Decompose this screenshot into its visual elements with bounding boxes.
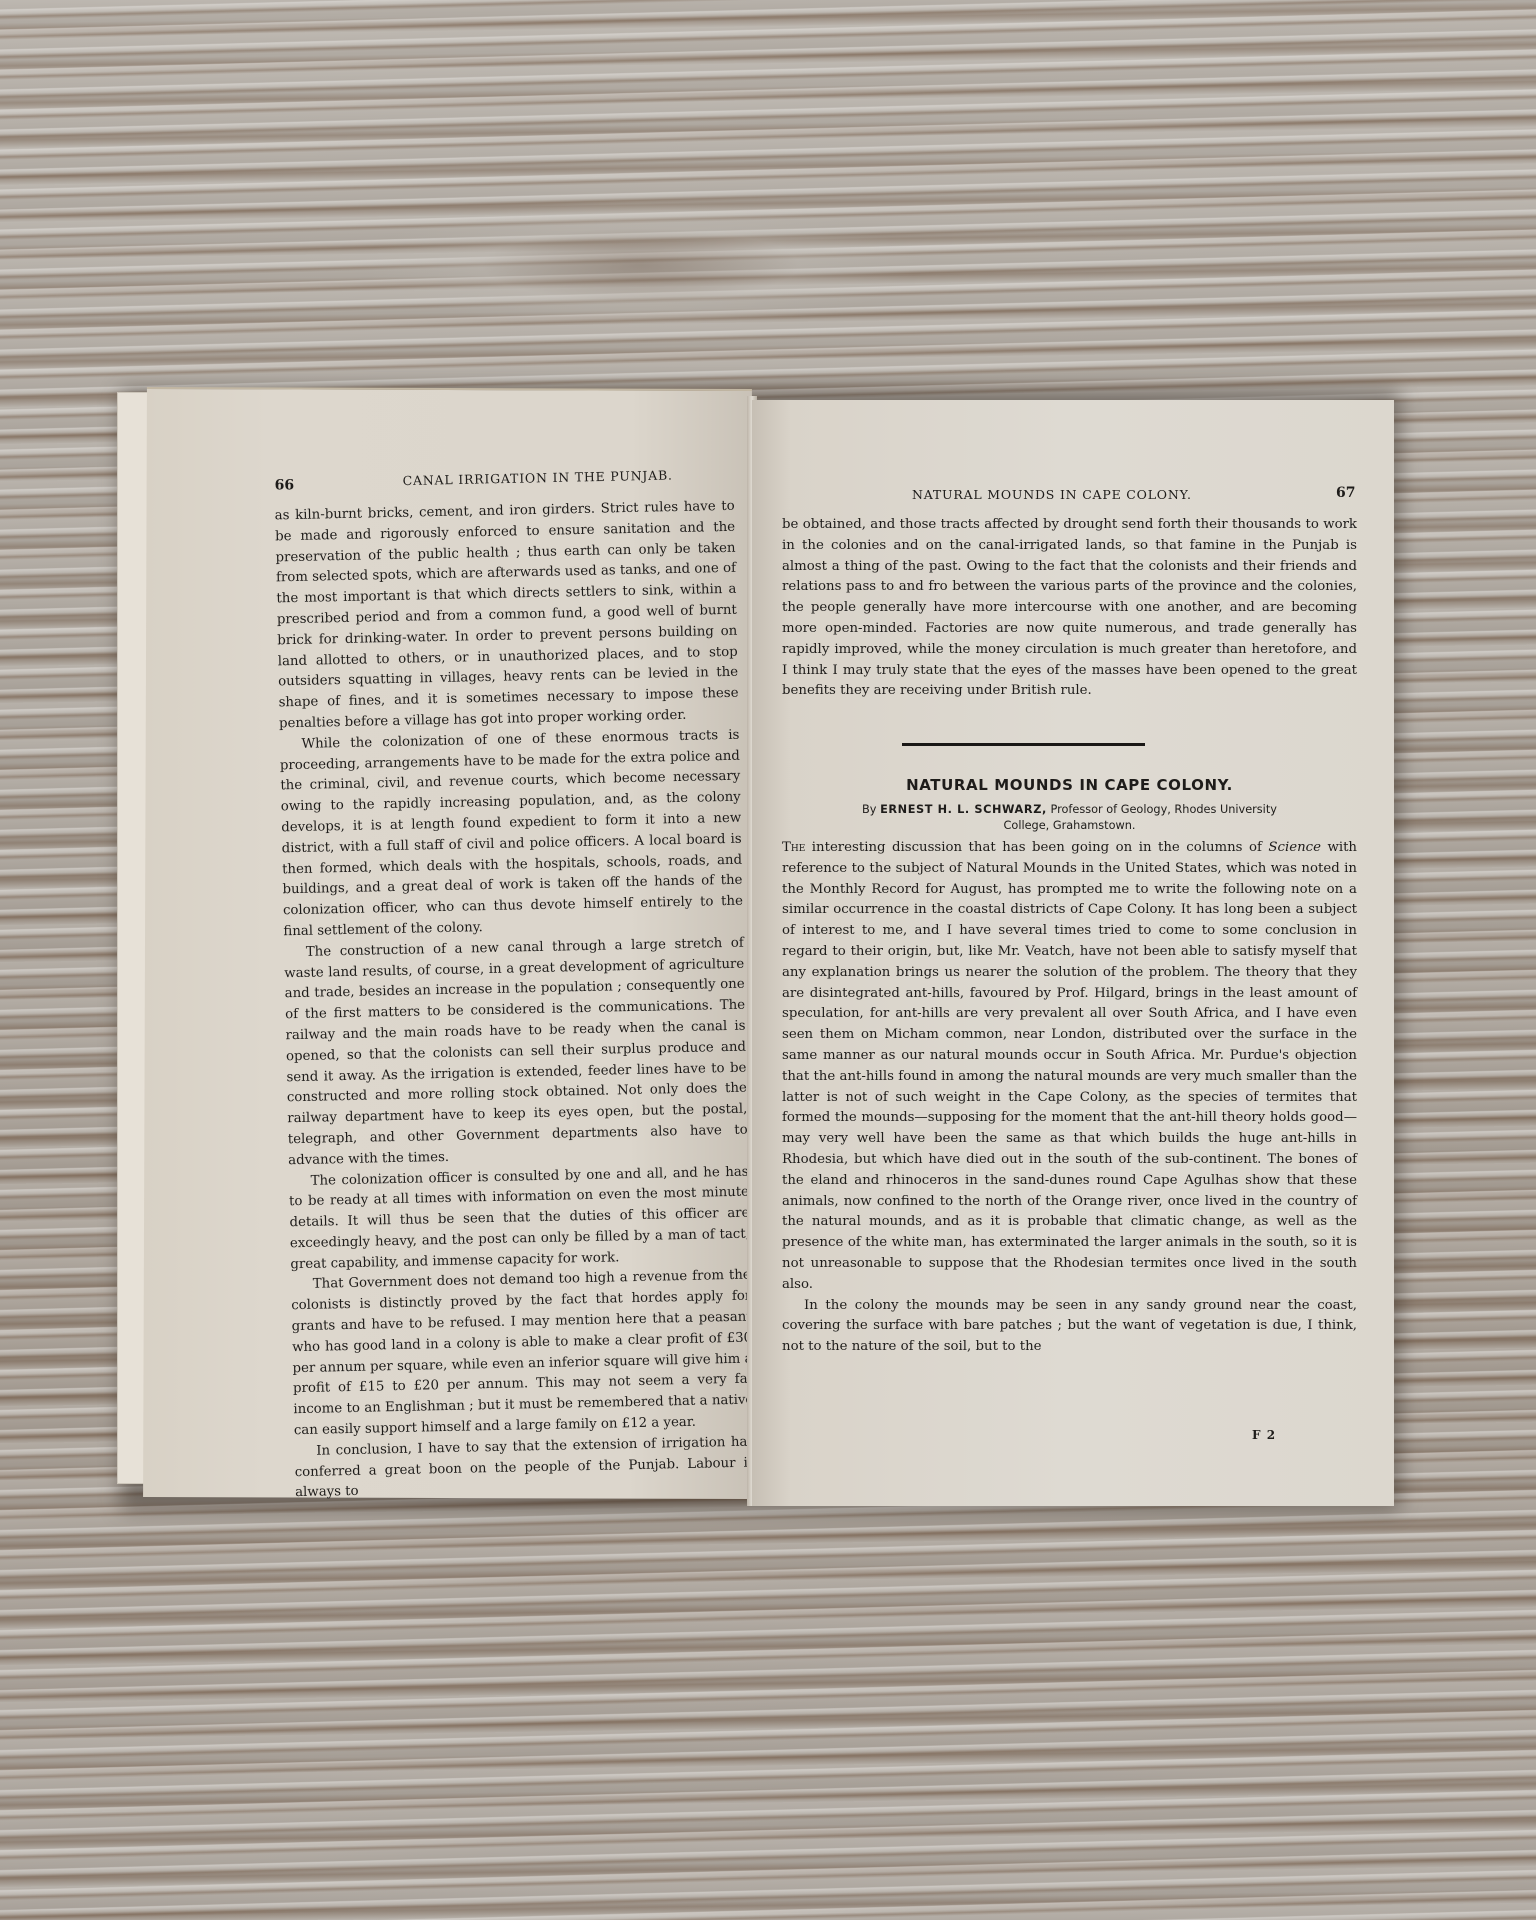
byline-prefix: By [862,803,880,816]
running-head-left: CANAL IRRIGATION IN THE PUNJAB. [402,467,672,488]
signature-mark: F 2 [1252,1428,1276,1442]
paragraph: The construction of a new canal through … [284,933,749,1171]
paragraph: In conclusion, I have to say that the ex… [294,1432,755,1504]
paragraph: The interesting discussion that has been… [782,838,1357,1296]
article-body: The interesting discussion that has been… [782,838,1357,1358]
affiliation-line-2: College, Grahamstown. [1004,819,1136,832]
section-divider-rule [902,743,1145,746]
paragraph-text: interesting discussion that has been goi… [805,840,1268,855]
journal-name: Science [1268,840,1321,855]
page-number-right: 67 [1336,485,1355,501]
paragraph: be obtained, and those tracts affected b… [782,515,1357,702]
right-page: NATURAL MOUNDS IN CAPE COLONY. 67 be obt… [752,400,1394,1506]
wood-grain-knot [360,200,920,330]
author-name: ERNEST H. L. SCHWARZ, [880,803,1047,816]
article-title: NATURAL MOUNDS IN CAPE COLONY. [782,776,1357,794]
paragraph: That Government does not demand too high… [291,1266,754,1442]
paragraph: as kiln-burnt bricks, cement, and iron g… [275,497,740,735]
running-head-right: NATURAL MOUNDS IN CAPE COLONY. [912,487,1192,502]
article-byline: By ERNEST H. L. SCHWARZ, Professor of Ge… [782,802,1357,834]
affiliation: Professor of Geology, Rhodes University [1047,803,1277,816]
opening-word: The [782,840,805,855]
continued-text: be obtained, and those tracts affected b… [782,515,1357,702]
page-number-left: 66 [275,477,295,493]
paragraph: In the colony the mounds may be seen in … [782,1296,1357,1358]
paragraph: While the colonization of one of these e… [279,725,743,943]
paragraph: The colonization officer is consulted by… [288,1162,750,1276]
left-page-body: as kiln-burnt bricks, cement, and iron g… [275,497,756,1505]
left-page: 66 CANAL IRRIGATION IN THE PUNJAB. as ki… [143,387,752,1499]
paragraph-text: with reference to the subject of Natural… [782,840,1357,1292]
